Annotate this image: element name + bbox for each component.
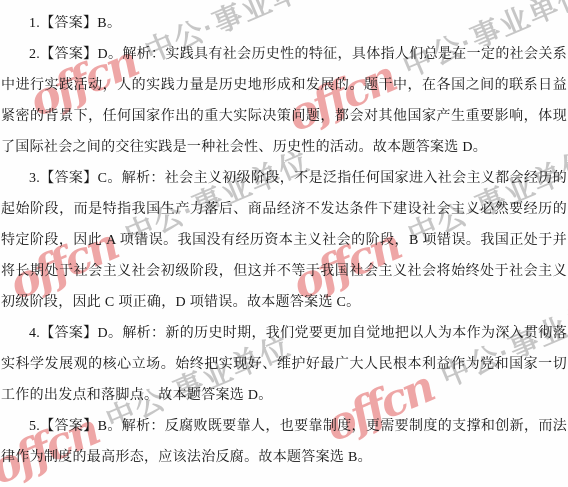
answer-key-content: 1.【答案】B。 2.【答案】D。解析：实践具有社会历史性的特征，具体指人们总是… [0,0,568,487]
document-page: offcn 中公·事业单位 offcn 中公·事业单位 offcn 中公·事业单… [0,0,568,487]
answer-paragraph-5: 5.【答案】B。解析：反腐败既要靠人，也要靠制度，更需要制度的支撑和创新，而法律… [1,411,567,473]
answer-paragraph-4: 4.【答案】D。解析：新的历史时期，我们党要更加自觉地把以人为本作为深入贯彻落实… [1,318,567,411]
answer-paragraph-1: 1.【答案】B。 [1,8,567,39]
answer-paragraph-3: 3.【答案】C。解析：社会主义初级阶段，不是泛指任何国家进入社会主义都会经历的起… [1,163,567,318]
answer-paragraph-2: 2.【答案】D。解析：实践具有社会历史性的特征，具体指人们总是在一定的社会关系中… [1,39,567,163]
